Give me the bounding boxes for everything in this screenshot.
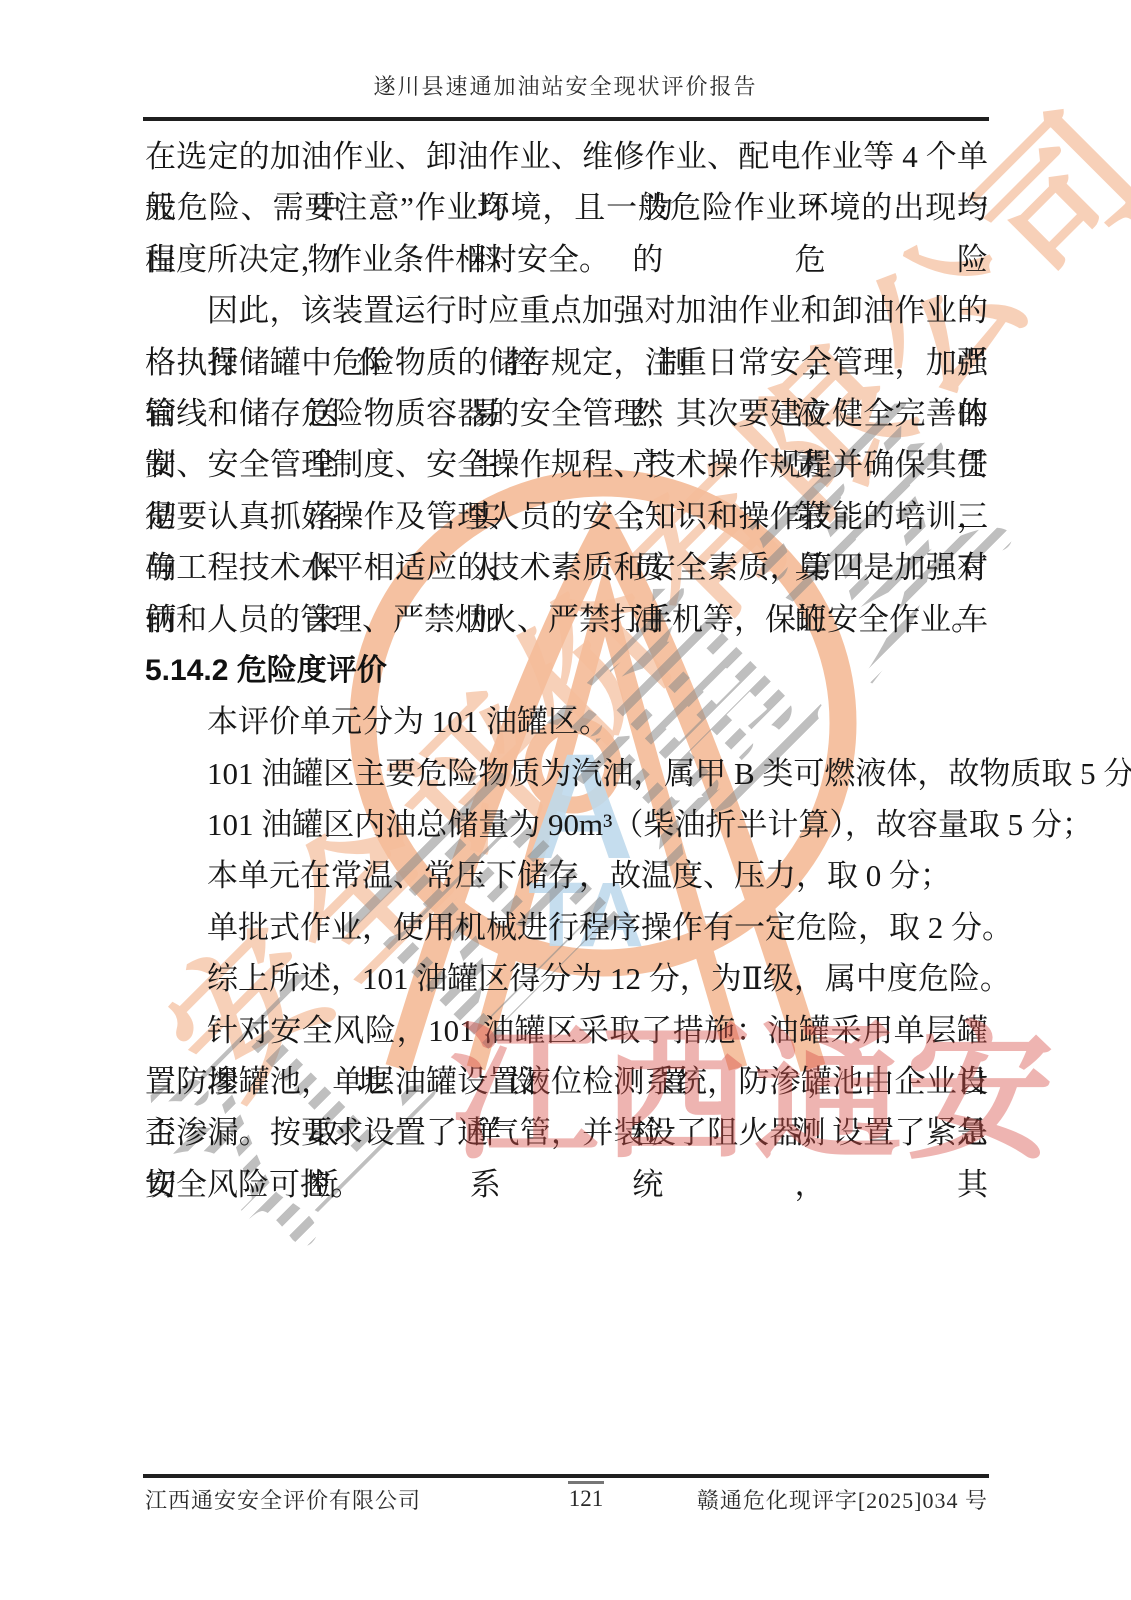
body-line: 管线和储存危险物质容器的安全管理；其次要建立健全完善的安全生产责任 [145, 388, 988, 439]
body-line: 101 油罐区主要危险物质为汽油，属甲 B 类可燃液体，故物质取 5 分； [145, 748, 988, 799]
body-lines: 在选定的加油作业、卸油作业、维修作业、配电作业等 4 个单元中均为“一般危险、需… [145, 131, 988, 1210]
body-line: 因此，该装置运行时应重点加强对加油作业和卸油作业的操作控制，严 [145, 285, 988, 336]
footer-company: 江西通安安全评价有限公司 [145, 1484, 421, 1515]
body-line: 101 油罐区内油总储量为 90m³（柴油折半计算），故容量取 5 分； [145, 799, 988, 850]
body-line: 制、安全管理制度、安全操作规程、技术操作规程并确保其贯彻落实；第三 [145, 439, 988, 490]
body-line: 综上所述，101 油罐区得分为 12 分，为Ⅱ级，属中度危险。 [145, 953, 988, 1004]
body-line: 是要认真抓好操作及管理人员的安全知识和操作技能的培训，确保人员具有 [145, 491, 988, 542]
body-line: 本单元在常温、常压下储存，故温度、压力，取 0 分； [145, 850, 988, 901]
footer-doc-number: 赣通危化现评字[2025]034 号 [697, 1484, 988, 1515]
body-line: 般危险、需要注意”作业环境，且一般危险作业环境的出现均由物料的危险 [145, 182, 988, 233]
body-line: 格执行储罐中危险物质的储存规定，注重日常安全管理，加强输送易然液体 [145, 337, 988, 388]
section-heading: 5.14.2 危险度评价 [145, 645, 988, 696]
body-line: 单批式作业，使用机械进行程序操作有一定危险，取 2 分。 [145, 902, 988, 953]
body-line: 在选定的加油作业、卸油作业、维修作业、配电作业等 4 个单元中均为“一 [145, 131, 988, 182]
page-number: 121 [520, 1486, 652, 1512]
body-line: 针对安全风险，101 油罐区采取了措施：油罐采用单层罐埋地设置，设 [145, 1005, 988, 1056]
body-line: 本评价单元分为 101 油罐区。 [145, 696, 988, 747]
body-line: 与工程技术水平相适应的技术素质和安全素质，第四是加强对前来加油的车 [145, 542, 988, 593]
footer-rule [143, 1474, 989, 1478]
page-number-rule [568, 1481, 604, 1484]
body-line: 置防渗罐池，单层油罐设置液位检测系统，防渗罐池由企业自主取样检测是 [145, 1056, 988, 1107]
page-header-title: 遂川县速通加油站安全现状评价报告 [0, 70, 1131, 101]
body-line: 辆和人员的管理、严禁烟火、严禁打手机等，保证安全作业。 [145, 594, 988, 645]
document-page: A TA 安全评价有限公司 江西通安 江西通安 遂川县速通加油站安全现状评价报告… [0, 0, 1131, 1600]
body-line: 否渗漏。按要求设置了通气管，并装设了阻火器；设置了紧急切断系统，其 [145, 1107, 988, 1158]
header-rule [143, 117, 989, 121]
